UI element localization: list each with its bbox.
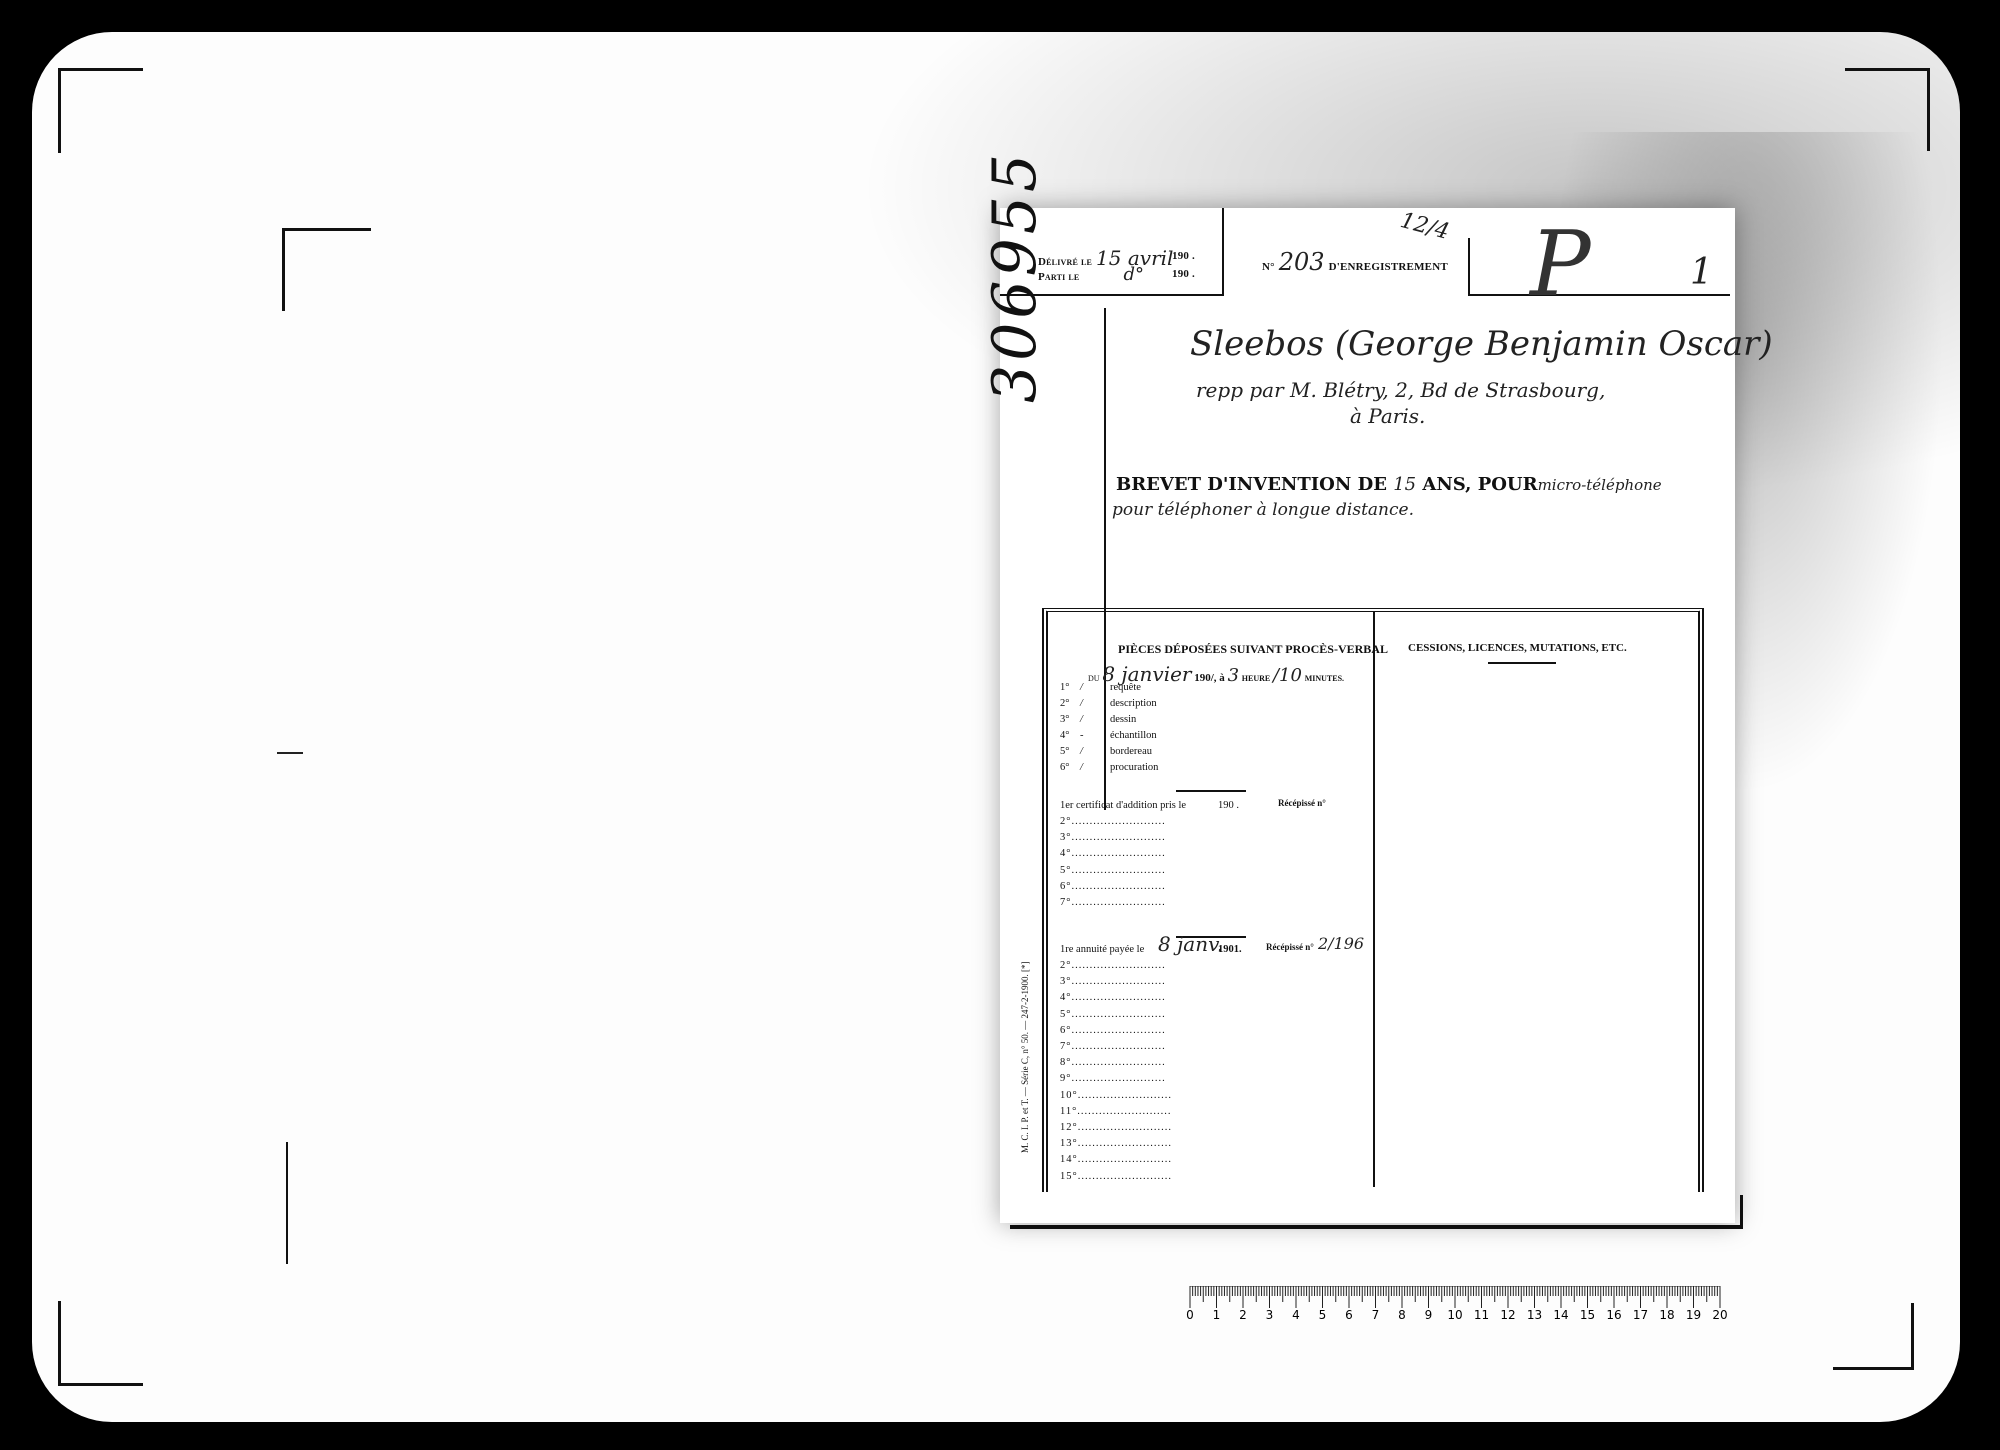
piece-item: 1°/requête: [1060, 682, 1141, 693]
column-divider: [1373, 612, 1375, 1187]
dotted-entry: 7°..........................: [1060, 897, 1166, 908]
patent-record-card: Délivré le 15 avril 190 . Parti le d° 19…: [1000, 208, 1735, 1223]
dotted-entry: 7°..........................: [1060, 1041, 1166, 1052]
certificate-year: 190 .: [1218, 800, 1239, 811]
ruler-label: 16: [1606, 1308, 1621, 1322]
reg-no-label: N°: [1262, 261, 1275, 273]
applicant-name: Sleebos (George Benjamin Oscar): [1190, 324, 1773, 364]
date-year: 190/, à: [1194, 672, 1225, 684]
piece-item: 3°/dessin: [1060, 714, 1136, 725]
annuity-date: 8 janv.: [1158, 932, 1223, 956]
dotted-entry: 6°..........................: [1060, 1025, 1166, 1036]
scale-ruler: 01234567891011121314151617181920: [1186, 1286, 1724, 1320]
crop-mark-inner: [282, 228, 371, 311]
dotted-entry: 15°..........................: [1060, 1171, 1172, 1182]
title-subject-2: pour téléphoner à longue distance.: [1112, 500, 1414, 520]
dotted-entry: 5°..........................: [1060, 1009, 1166, 1020]
dotted-entry: 12°..........................: [1060, 1122, 1172, 1133]
record-table: Pièces déposées suivant procès-verbal du…: [1042, 608, 1704, 1192]
dotted-entry: 4°..........................: [1060, 848, 1166, 859]
ruler-label: 9: [1425, 1308, 1433, 1322]
reg-no-value: 203: [1279, 248, 1325, 276]
applicant-city: à Paris.: [1350, 404, 1425, 428]
dotted-entry: 5°..........................: [1060, 865, 1166, 876]
right-column-heading: Cessions, licences, mutations, etc.: [1408, 642, 1627, 654]
ruler-label: 1: [1213, 1308, 1221, 1322]
ruler-label: 14: [1553, 1308, 1568, 1322]
ruler-label: 3: [1266, 1308, 1274, 1322]
title-mid: ANS, POUR: [1422, 474, 1537, 495]
ruler-label: 4: [1292, 1308, 1300, 1322]
top-annotation: 12/4: [1398, 208, 1452, 245]
piece-item: 6°/procuration: [1060, 762, 1158, 773]
hour-label: heure: [1242, 674, 1270, 683]
ruler-label: 17: [1633, 1308, 1648, 1322]
reg-label: D'ENREGISTREMENT: [1329, 261, 1448, 273]
dotted-entry: 3°..........................: [1060, 832, 1166, 843]
stray-mark: [277, 752, 303, 754]
piece-item: 4°-échantillon: [1060, 730, 1157, 741]
certificate-first: 1er certificat d'addition pris le: [1060, 800, 1186, 811]
annuity-receipt-value: 2/196: [1318, 934, 1364, 953]
dotted-entry: 10°..........................: [1060, 1090, 1172, 1101]
piece-item: 5°/bordereau: [1060, 746, 1152, 757]
corner-letter: P: [1530, 212, 1591, 317]
crop-mark-top-right: [1845, 68, 1930, 151]
ruler-label: 20: [1712, 1308, 1727, 1322]
annuity-first: 1re annuité payée le: [1060, 944, 1144, 955]
crop-mark-bottom-right: [1833, 1303, 1914, 1370]
title-years: 15: [1393, 474, 1416, 495]
certificate-receipt: Récépissé n°: [1278, 798, 1326, 808]
ruler-label: 11: [1474, 1308, 1489, 1322]
separator: [1176, 790, 1246, 792]
crop-mark-inner-bottom: [286, 1142, 288, 1264]
piece-item: 2°/description: [1060, 698, 1157, 709]
dotted-entry: 14°..........................: [1060, 1154, 1172, 1165]
ruler-label: 7: [1372, 1308, 1380, 1322]
applicant-representative: repp par M. Blétry, 2, Bd de Strasbourg,: [1196, 378, 1605, 402]
crop-mark-top-left: [58, 68, 143, 153]
dotted-entry: 3°..........................: [1060, 976, 1166, 987]
annuity-receipt: Récépissé n°: [1266, 942, 1314, 952]
dotted-entry: 8°..........................: [1060, 1057, 1166, 1068]
dotted-entry: 9°..........................: [1060, 1073, 1166, 1084]
dotted-entry: 2°..........................: [1060, 960, 1166, 971]
minute-label: minutes.: [1305, 674, 1344, 683]
title-subject-1: micro-téléphone: [1538, 476, 1662, 494]
dotted-entry: 6°..........................: [1060, 881, 1166, 892]
delivered-year: 190 .: [1172, 250, 1195, 262]
form-reference: M. C. I. P. et T. — Série C, n° 50. — 24…: [1020, 961, 1030, 1153]
departed-value: d°: [1123, 264, 1144, 285]
hour-value: 3: [1228, 665, 1239, 686]
ruler-label: 19: [1686, 1308, 1701, 1322]
corner-mark: 1: [1690, 252, 1713, 293]
departed-year: 190 .: [1172, 268, 1195, 280]
ruler-label: 8: [1398, 1308, 1406, 1322]
annuity-year: 1901.: [1218, 944, 1242, 955]
ruler-label: 12: [1500, 1308, 1515, 1322]
ruler-label: 5: [1319, 1308, 1327, 1322]
ruler-label: 15: [1580, 1308, 1595, 1322]
ruler-label: 0: [1186, 1308, 1194, 1322]
ruler-label: 18: [1659, 1308, 1674, 1322]
crop-mark-bottom-left: [58, 1301, 143, 1386]
title-prefix: BREVET D'INVENTION DE: [1116, 474, 1387, 495]
minute-value: /10: [1273, 665, 1302, 686]
dotted-entry: 4°..........................: [1060, 992, 1166, 1003]
dotted-entry: 11°..........................: [1060, 1106, 1172, 1117]
patent-number: 306955: [980, 150, 1050, 403]
ruler-label: 6: [1345, 1308, 1353, 1322]
dotted-entry: 13°..........................: [1060, 1138, 1172, 1149]
dotted-entry: 2°..........................: [1060, 816, 1166, 827]
ruler-label: 13: [1527, 1308, 1542, 1322]
separator: [1488, 662, 1556, 664]
ruler-label: 10: [1447, 1308, 1462, 1322]
ruler-label: 2: [1239, 1308, 1247, 1322]
left-column-heading: Pièces déposées suivant procès-verbal: [1118, 642, 1388, 657]
